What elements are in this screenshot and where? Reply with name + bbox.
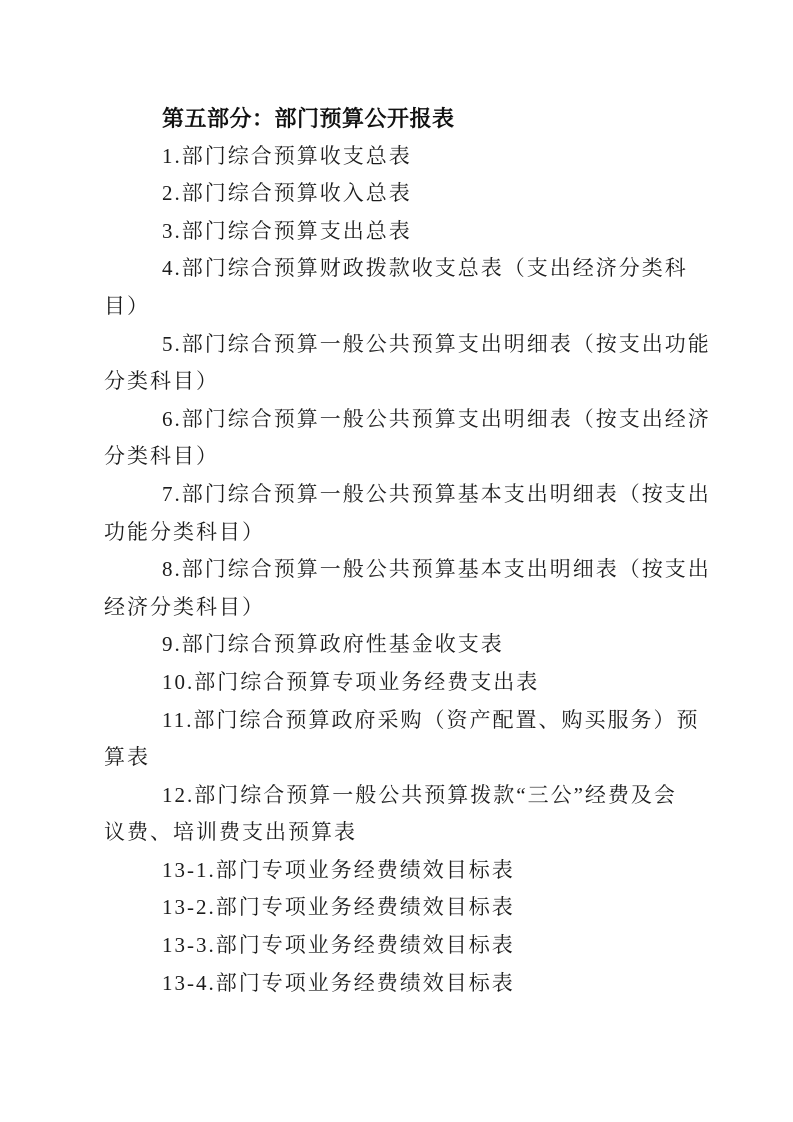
section-heading: 第五部分：部门预算公开报表 — [104, 100, 704, 138]
document-page: 第五部分：部门预算公开报表1.部门综合预算收支总表2.部门综合预算收入总表3.部… — [0, 0, 793, 1122]
list-item-line: 议费、培训费支出预算表 — [104, 814, 704, 852]
list-item-line: 2.部门综合预算收入总表 — [104, 175, 704, 213]
document-content: 第五部分：部门预算公开报表1.部门综合预算收支总表2.部门综合预算收入总表3.部… — [104, 100, 704, 1002]
list-item-line: 分类科目） — [104, 363, 704, 401]
list-item-line: 13-4.部门专项业务经费绩效目标表 — [104, 965, 704, 1003]
list-item-line: 目） — [104, 288, 704, 326]
list-item-line: 4.部门综合预算财政拨款收支总表（支出经济分类科 — [104, 250, 704, 288]
list-item-line: 5.部门综合预算一般公共预算支出明细表（按支出功能 — [104, 326, 704, 364]
list-item-line: 13-2.部门专项业务经费绩效目标表 — [104, 889, 704, 927]
list-item-line: 10.部门综合预算专项业务经费支出表 — [104, 664, 704, 702]
list-item-line: 3.部门综合预算支出总表 — [104, 213, 704, 251]
list-item-line: 9.部门综合预算政府性基金收支表 — [104, 626, 704, 664]
list-item-line: 7.部门综合预算一般公共预算基本支出明细表（按支出 — [104, 476, 704, 514]
list-item-line: 6.部门综合预算一般公共预算支出明细表（按支出经济 — [104, 401, 704, 439]
list-item-line: 分类科目） — [104, 438, 704, 476]
list-item-line: 13-1.部门专项业务经费绩效目标表 — [104, 852, 704, 890]
list-item-line: 1.部门综合预算收支总表 — [104, 138, 704, 176]
list-item-line: 8.部门综合预算一般公共预算基本支出明细表（按支出 — [104, 551, 704, 589]
list-item-line: 功能分类科目） — [104, 514, 704, 552]
list-item-line: 算表 — [104, 739, 704, 777]
list-item-line: 11.部门综合预算政府采购（资产配置、购买服务）预 — [104, 702, 704, 740]
list-item-line: 12.部门综合预算一般公共预算拨款“三公”经费及会 — [104, 777, 704, 815]
list-item-line: 经济分类科目） — [104, 589, 704, 627]
list-item-line: 13-3.部门专项业务经费绩效目标表 — [104, 927, 704, 965]
